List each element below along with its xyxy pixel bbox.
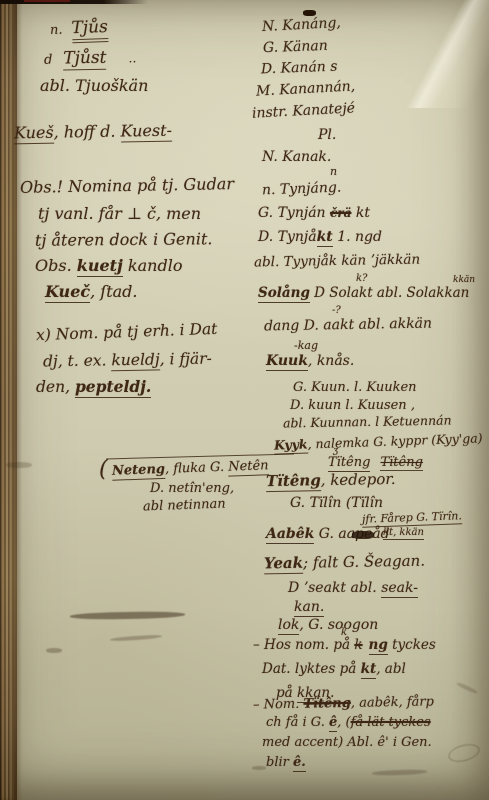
headword: lok [278, 617, 299, 635]
line-right-3: D. Kanán s [261, 60, 338, 77]
struck-word: Tïtêng [303, 696, 351, 712]
superscript-k: k [341, 628, 347, 639]
line-right-2: G. Känan [263, 39, 328, 56]
line-text: , i fjär- [160, 350, 212, 369]
line-right-6: Pl. [318, 128, 336, 143]
line-text: ; falt G. Šeagan. [303, 552, 425, 572]
headword: Neteng [112, 462, 166, 481]
line-text: , G. soogon [299, 617, 378, 633]
headword: kuetj [77, 256, 123, 277]
line-text: – Hos nom. på [253, 637, 354, 653]
line-left-1: n.Tjůs [50, 19, 108, 39]
headword: Kuest- [120, 121, 172, 143]
line-right-7: N. Kanak. [262, 150, 331, 165]
line-left-note-2: D. netîn'eng, [150, 482, 234, 496]
line-left-11: dj, t. ex. kueldj, i fjär- [43, 351, 212, 370]
line-text: blir [266, 755, 293, 770]
line-left-4: Kueš, hoff d. Kuest- [14, 123, 172, 143]
line-text: D ʼseakt abl. [288, 580, 381, 596]
cross-reference: jfr. Fårep G. Tïrîn. [362, 509, 462, 527]
note-paren: ( [99, 458, 108, 481]
line-left-note-3: abl netinnan [143, 498, 226, 515]
headword: Aabêk [266, 526, 314, 544]
ink-blot [303, 10, 316, 16]
line-right-27: lok, G. soogon [278, 618, 378, 633]
line-text: tyckes [388, 637, 436, 653]
line-text: dj, t. ex. [43, 351, 112, 370]
ink-smudge [110, 634, 162, 642]
line-right-8: n. Tynjáng. [262, 181, 342, 198]
subscript-query: k? [356, 274, 367, 285]
line-text: Obs. [35, 256, 77, 275]
line-right-18: Kyyk, nalemka G. kyppr (Kyy'ga) [274, 431, 483, 451]
struck-variant: Tïtêng [380, 455, 422, 471]
line-text: , aabêk, fårp [351, 694, 434, 710]
line-right-32: ch få i G. ê, (få lät tyckes [266, 716, 431, 730]
line-text: , hoff d. [53, 122, 120, 142]
line-text: kt [351, 205, 370, 221]
line-left-10: x) Nom. på tj erh. i Dat [36, 321, 218, 344]
insert-marks: -? [332, 306, 341, 317]
headword: Tjůst [63, 48, 107, 71]
superscript-kkan: kkän [453, 276, 475, 285]
line-text: , abl [376, 661, 406, 677]
ink-smudge [372, 769, 427, 776]
line-right-19: TïtêngTïtêng [328, 456, 423, 470]
case-label: n. [50, 23, 63, 38]
line-right-9: G. Tynján črä kt [258, 206, 370, 221]
line-text: ch få i G. [266, 715, 329, 730]
line-right-20: Tïtêng, kedepor. [266, 472, 396, 490]
headword: pepteldj. [75, 377, 151, 398]
line-right-24: Yeak; falt G. Šeagan. [264, 554, 425, 573]
ending: ng [369, 637, 388, 655]
line-right-4: M. Kanannán, [256, 79, 356, 99]
line-right-21: G. Tïlîn (Tïlîn [290, 496, 383, 511]
line-right-28: – Hos nom. på kng tyckes [253, 638, 436, 652]
line-text: – Nom. [253, 697, 304, 713]
line-text: den, [36, 378, 75, 396]
ending: kt, kkän [383, 527, 424, 540]
case-label: d [44, 53, 53, 68]
page-corner-fold [403, 0, 489, 108]
line-text: D. Tynjå [258, 229, 317, 245]
headword: Netên [228, 458, 269, 476]
dots-mark: ‥ [128, 51, 136, 65]
headword: kueldj [111, 350, 160, 371]
ink-smudge [252, 766, 266, 770]
line-left-6: tj vanl. får ⊥ č, men [38, 206, 201, 223]
ink-smudge [70, 611, 185, 620]
line-right-15: G. Kuun. l. Kuuken [293, 381, 417, 395]
line-text: 1. ngd [333, 229, 382, 245]
ending: kan. [294, 599, 324, 617]
struck-insert: črä [330, 206, 351, 220]
struck-phrase: få lät tyckes [351, 715, 431, 730]
line-left-2: dTjůst‥ [44, 49, 137, 68]
manuscript-page-photo: n.Tjůs dTjůst‥ abl. Tjuoškän Kueš, hoff … [0, 0, 489, 800]
line-left-7: tj återen dock i Genit. [35, 231, 213, 249]
line-right-33: med accent) Abl. ê' i Gen. [262, 736, 432, 750]
line-text: kandlo [123, 256, 183, 275]
line-text: , kedepor. [321, 470, 396, 489]
ending: kt [361, 661, 377, 679]
line-text: G. Tynján [258, 205, 330, 221]
line-right-22: jfr. Fårep G. Tïrîn. [362, 510, 462, 525]
line-right-31: – Nom. Tïtêng, aabêk, fårp [253, 695, 434, 712]
superscript-n: n [330, 166, 337, 178]
ending: seak- [381, 580, 418, 598]
headword: Kuuk [266, 353, 308, 371]
line-right-26: kan. [294, 600, 324, 615]
line-right-10: D. Tynjåkt 1. ngd [258, 230, 382, 245]
headword: Kueč [45, 282, 90, 303]
line-text: , knås. [308, 353, 354, 369]
ink-blot [352, 531, 374, 539]
headword: Kyyk [274, 436, 308, 454]
binding-red-edge [24, 0, 70, 2]
headword: Yeak [264, 554, 303, 575]
line-left-8: Obs. kuetj kandlo [35, 258, 182, 275]
line-right-14: Kuuk, knås. [266, 354, 354, 369]
ink-smudge [6, 462, 32, 468]
ink-smudge [456, 682, 478, 695]
line-left-12: den, pepteldj. [36, 379, 151, 395]
line-text: , ( [337, 715, 350, 730]
line-text: , fluka G. [165, 460, 229, 477]
line-text: D Solakt abl. Solakkan [310, 285, 469, 301]
line-right-17: abl. Kuunnan. l Ketuennán [283, 414, 452, 430]
superscript-kag: -kag [294, 340, 318, 352]
line-text: , ſtad. [90, 282, 137, 301]
ending: kt [317, 229, 333, 247]
headword: Tïtêng [266, 471, 321, 492]
book-spine-edge [0, 0, 17, 800]
line-left-note-1: Neteng, fluka G. Netên [112, 459, 269, 478]
line-text: Dat. lyktes på [262, 661, 361, 677]
struck-letter: k [354, 637, 362, 653]
line-left-9: Kueč, ſtad. [45, 284, 138, 301]
line-right-29: Dat. lyktes på kt, abl [262, 662, 406, 676]
line-right-25: D ʼseakt abl. seak- [288, 581, 418, 596]
line-left-3: abl. Tjuoškän [40, 78, 148, 95]
page-crease [17, 0, 23, 800]
line-right-16: D. kuun l. Kuusen , [290, 399, 415, 413]
line-right-13: dang D. aakt abl. akkän [264, 317, 432, 335]
line-right-12: Solång D Solakt abl. Solakkan [258, 286, 469, 300]
vowel: ê. [293, 755, 306, 772]
photo-top-edge [0, 0, 148, 4]
superscript-endings: kt, kkän [383, 528, 424, 539]
line-right-34: blir ê. [266, 756, 306, 770]
vowel: ê [329, 715, 337, 732]
line-right-1: N. Kanáng, [262, 16, 342, 35]
headword: Kueš [14, 123, 54, 145]
line-right-5: instr. Kanatejé [252, 101, 356, 121]
headword: Solång [258, 285, 310, 303]
line-left-5: Obs.! Nomina på tj. Gudar [20, 176, 234, 197]
line-right-11: abl. Tyynjåk kän ʼjäkkän [254, 253, 420, 270]
ink-smudge [46, 648, 62, 653]
ink-smudge [446, 741, 481, 765]
headword: Tjůs [71, 17, 108, 43]
